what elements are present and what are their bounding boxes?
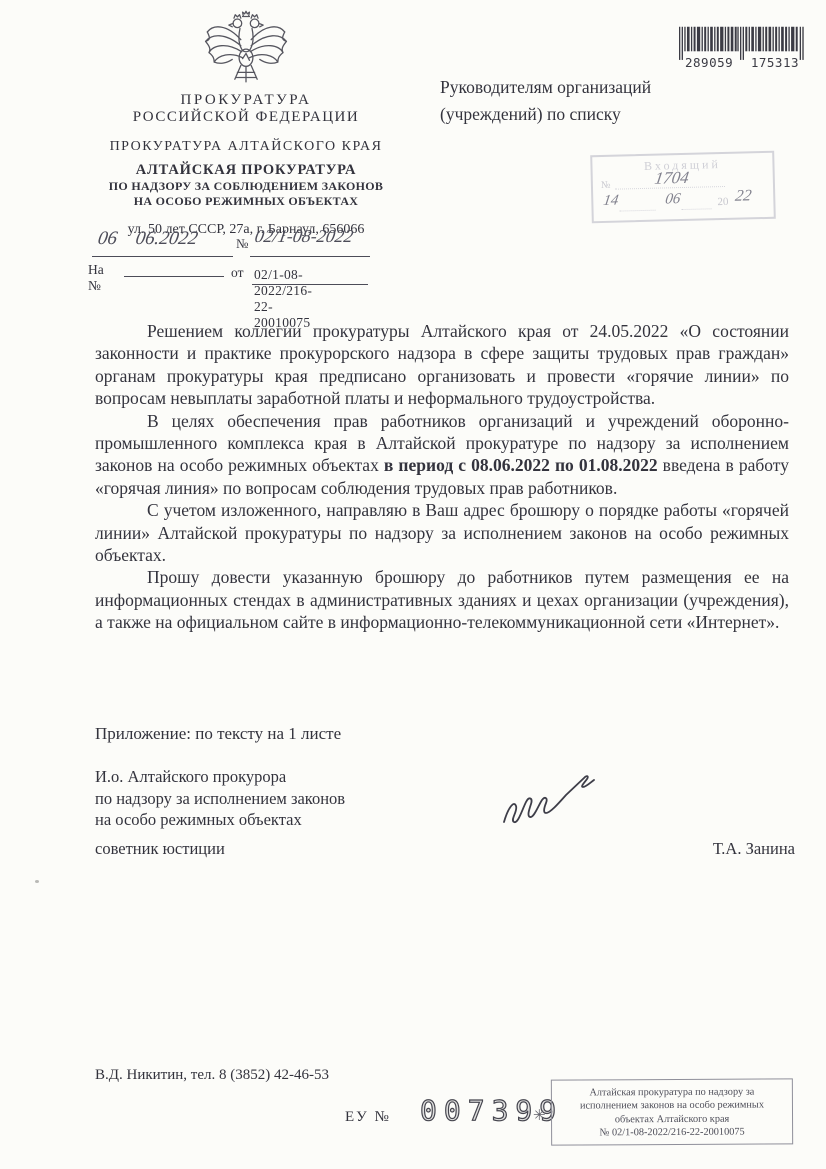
stamp-dotted-line bbox=[682, 208, 712, 210]
executor-contact: В.Д. Никитин, тел. 8 (3852) 42-46-53 bbox=[95, 1067, 329, 1084]
registration-stamp-line3: объектах Алтайского края bbox=[558, 1112, 786, 1127]
barcode-digits-right: 175313 bbox=[751, 55, 799, 70]
incoming-stamp-number: 1704 bbox=[653, 168, 690, 189]
body-segment-bold: в период с 08.06.2022 по 01.08.2022 bbox=[384, 455, 658, 475]
letterhead: ПРОКУРАТУРА РОССИЙСКОЙ ФЕДЕРАЦИИ ПРОКУРА… bbox=[60, 10, 432, 238]
addressee-line1: Руководителям организаций bbox=[440, 74, 651, 101]
blank-underline bbox=[124, 276, 224, 277]
stamp-dotted-line bbox=[615, 186, 725, 190]
body-paragraph-4: Прошу довести указанную брошюру до работ… bbox=[95, 566, 789, 633]
org-name-line1: ПРОКУРАТУРА bbox=[60, 92, 432, 109]
scan-speck bbox=[35, 880, 39, 883]
stamp-dotted-line bbox=[620, 210, 656, 212]
incoming-stamp-month: 06 bbox=[664, 191, 682, 208]
body-paragraph-1: Решением коллегии прокуратуры Алтайского… bbox=[95, 320, 789, 410]
signer-position-line1: И.о. Алтайского прокурора bbox=[95, 766, 345, 788]
signer-position-line2: по надзору за исполнением законов bbox=[95, 788, 345, 810]
org-name-line2: РОССИЙСКОЙ ФЕДЕРАЦИИ bbox=[60, 109, 432, 126]
incoming-stamp-year-prefix: 20 bbox=[717, 196, 728, 208]
barcode: 289059 175313 bbox=[679, 18, 805, 75]
na-no-label: На № bbox=[88, 262, 104, 294]
scanned-letter-page: ПРОКУРАТУРА РОССИЙСКОЙ ФЕДЕРАЦИИ ПРОКУРА… bbox=[0, 0, 826, 1169]
org-name-line3: ПРОКУРАТУРА АЛТАЙСКОГО КРАЯ bbox=[60, 139, 432, 155]
signer-name: Т.А. Занина bbox=[630, 839, 795, 859]
addressee-line2: (учреждений) по списку bbox=[440, 101, 651, 128]
registration-stamp-line4: № 02/1-08-2022/216-22-20010075 bbox=[558, 1126, 786, 1141]
org-name-line5: ПО НАДЗОРУ ЗА СОБЛЮДЕНИЕМ ЗАКОНОВ bbox=[60, 179, 432, 194]
attachment-line: Приложение: по тексту на 1 листе bbox=[95, 724, 341, 744]
signer-position: И.о. Алтайского прокурора по надзору за … bbox=[95, 766, 345, 831]
ot-label: от bbox=[231, 265, 243, 281]
org-name-line4: АЛТАЙСКАЯ ПРОКУРАТУРА bbox=[60, 162, 432, 179]
registration-stamp-line1: Алтайская прокуратура по надзору за bbox=[558, 1085, 786, 1100]
letter-body: Решением коллегии прокуратуры Алтайского… bbox=[95, 320, 789, 634]
body-paragraph-3: С учетом изложенного, направляю в Ваш ад… bbox=[95, 499, 789, 566]
date-underline bbox=[92, 256, 233, 257]
incoming-stamp: Входящий № 1704 14 06 20 22 bbox=[590, 151, 776, 223]
handwritten-outgoing-number: 02/1-08-2022 bbox=[253, 226, 355, 247]
number-sign: № bbox=[236, 236, 248, 252]
registration-stamp-line2: исполнением законов на особо режимных bbox=[558, 1099, 786, 1114]
number-underline bbox=[250, 256, 370, 257]
incoming-stamp-no-label: № bbox=[601, 180, 611, 191]
org-name-line6: НА ОСОБО РЕЖИМНЫХ ОБЪЕКТАХ bbox=[60, 194, 432, 209]
reference-underline bbox=[252, 284, 368, 285]
coat-of-arms-icon bbox=[203, 10, 289, 90]
counter-mark-icon: ✳ bbox=[533, 1106, 546, 1125]
barcode-digits-left: 289059 bbox=[685, 55, 733, 70]
body-paragraph-2: В целях обеспечения прав работников орга… bbox=[95, 410, 789, 500]
handwritten-date: 06 06.2022 bbox=[96, 228, 199, 250]
signer-position-line3: на особо режимных объектах bbox=[95, 809, 345, 831]
handwritten-signature-icon bbox=[492, 760, 604, 832]
registration-stamp: Алтайская прокуратура по надзору за испо… bbox=[551, 1078, 793, 1145]
barcode-digits: 289059 175313 bbox=[685, 55, 799, 70]
addressee-block: Руководителям организаций (учреждений) п… bbox=[440, 74, 651, 128]
signer-rank: советник юстиции bbox=[95, 839, 225, 859]
incoming-stamp-year: 22 bbox=[734, 187, 753, 205]
incoming-stamp-day: 14 bbox=[602, 193, 620, 210]
eu-number-label: ЕУ № bbox=[345, 1109, 391, 1126]
